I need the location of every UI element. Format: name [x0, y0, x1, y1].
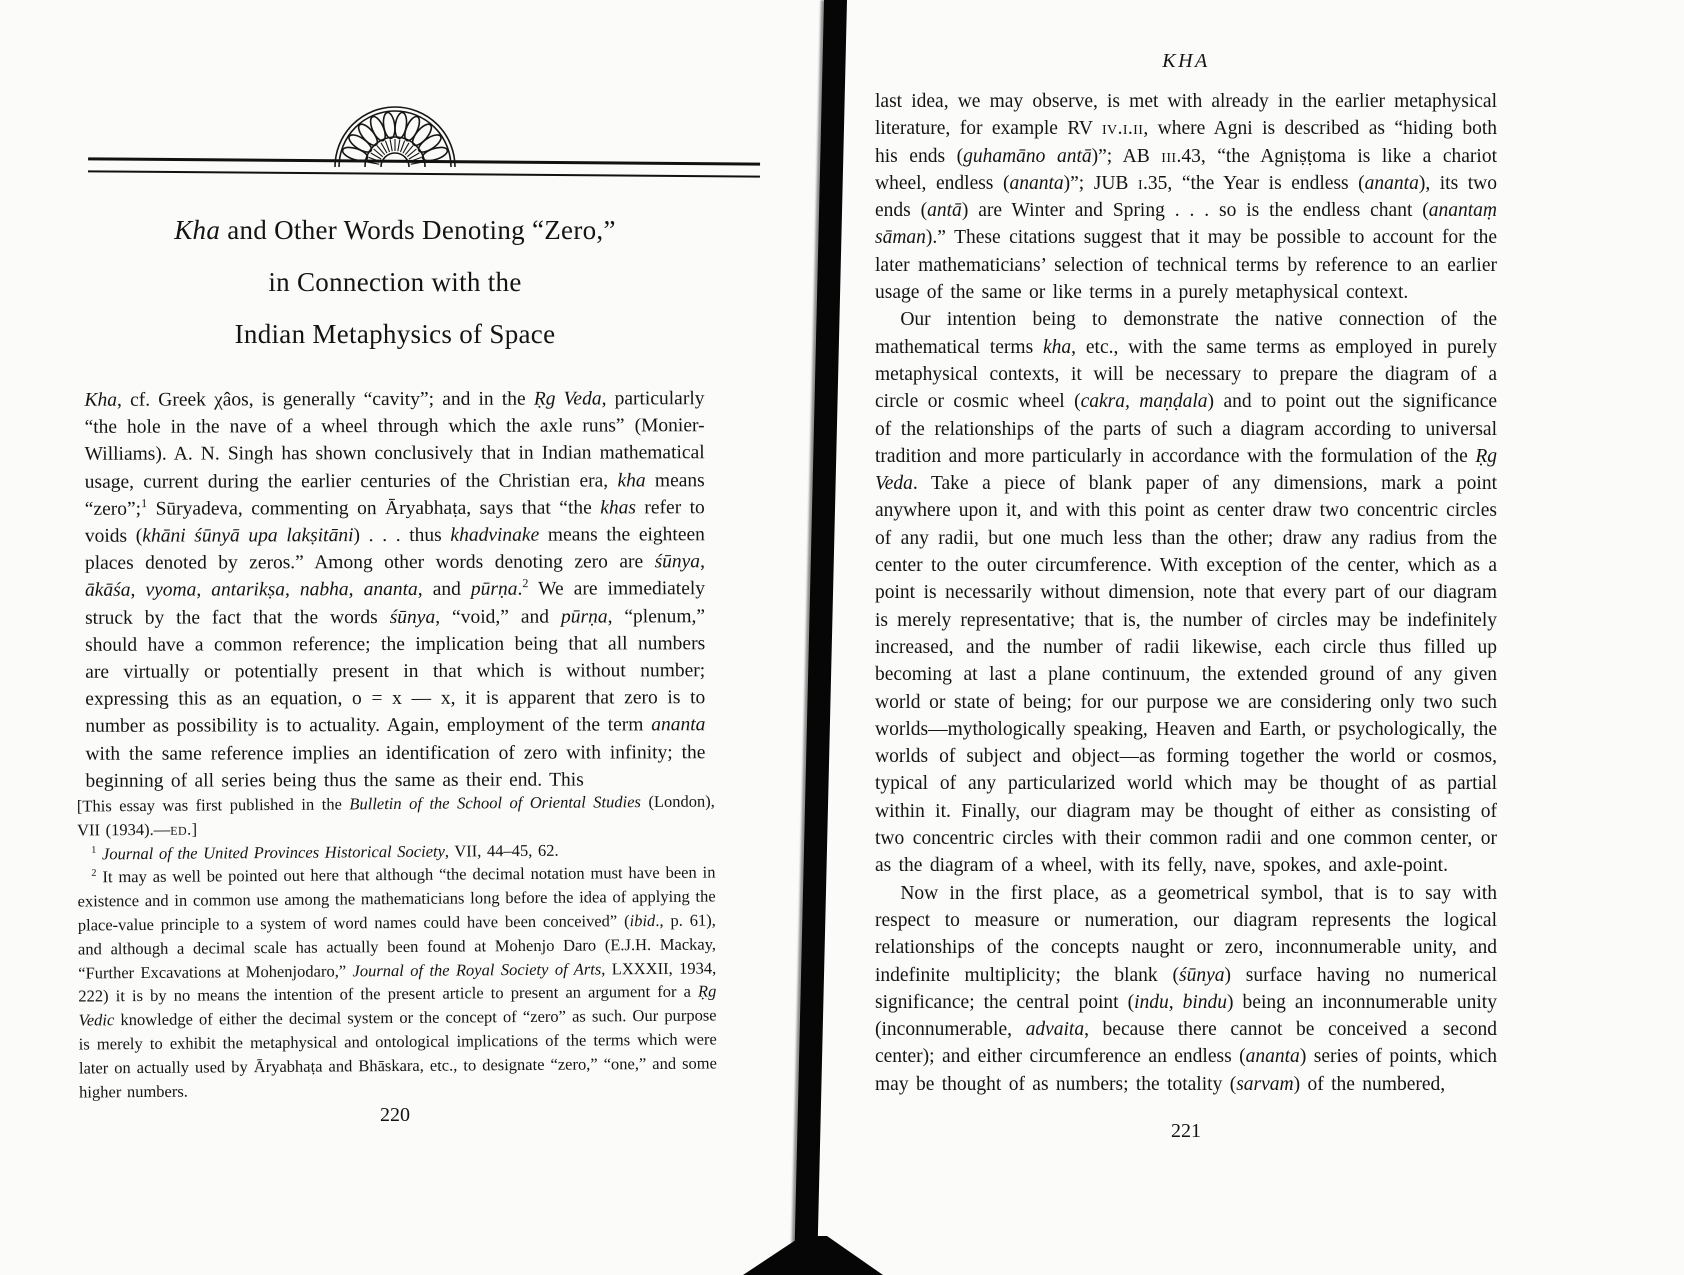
- lotus-rosette-icon: [320, 103, 470, 167]
- right-paragraph-3: Now in the first place, as a geometrical…: [875, 880, 1497, 1098]
- footnotes-block: [This essay was first published in the B…: [77, 789, 717, 1103]
- title-line-2: in Connection with the: [85, 256, 705, 308]
- left-page: Kha and Other Words Denoting “Zero,” in …: [0, 0, 800, 1275]
- right-body-column: last idea, we may observe, is met with a…: [875, 88, 1497, 1098]
- title-line-3: Indian Metaphysics of Space: [85, 308, 705, 360]
- right-page: KHA last idea, we may observe, is met wi…: [848, 0, 1684, 1275]
- page-number-left: 220: [85, 1104, 705, 1127]
- footnote-2: 2 It may as well be pointed out here tha…: [77, 861, 717, 1104]
- running-head: KHA: [875, 50, 1497, 73]
- right-paragraph-2: Our intention being to demonstrate the n…: [875, 306, 1497, 879]
- right-paragraph-1: last idea, we may observe, is met with a…: [875, 88, 1497, 306]
- binding-gutter-shadow: [794, 0, 847, 1275]
- rule-line-bottom: [88, 170, 760, 177]
- page-number-right: 221: [875, 1120, 1497, 1143]
- book-scan-spread: Kha and Other Words Denoting “Zero,” in …: [0, 0, 1684, 1275]
- essay-title: Kha and Other Words Denoting “Zero,” in …: [85, 204, 705, 360]
- title-line-1: Kha and Other Words Denoting “Zero,”: [85, 204, 705, 256]
- editorial-footnote: [This essay was first published in the B…: [77, 789, 715, 842]
- left-body-paragraph: Kha, cf. Greek χâos, is generally “cavit…: [84, 385, 705, 795]
